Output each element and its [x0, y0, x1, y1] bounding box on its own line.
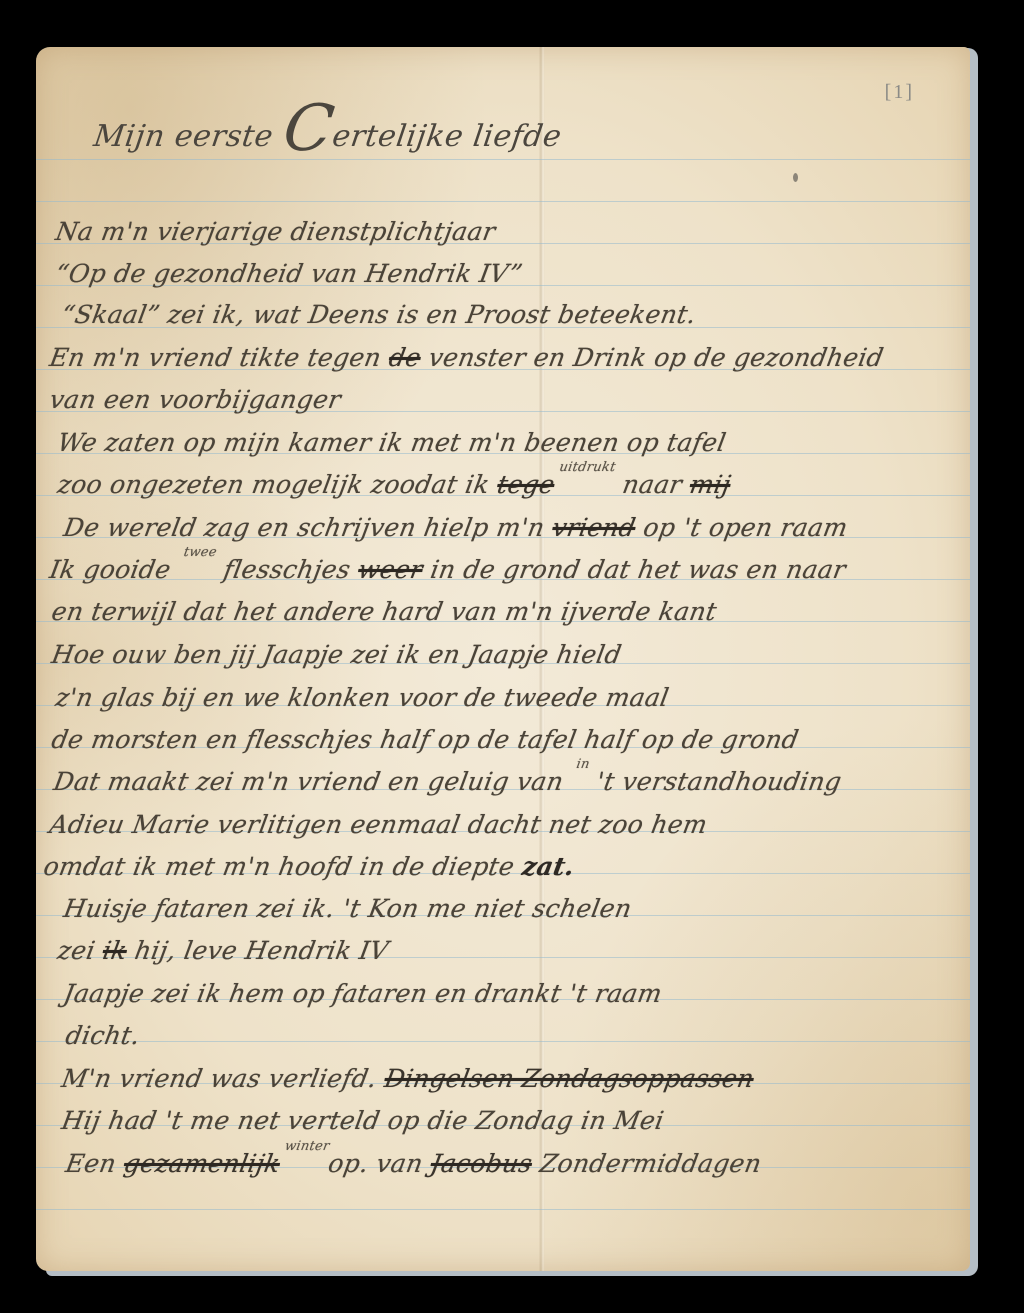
text-segment: Ik gooide	[47, 555, 181, 584]
text-segment: omdat ik met m'n hoofd in de diepte	[41, 852, 525, 881]
inserted-word: twee	[183, 545, 219, 560]
inserted-word: winter	[284, 1139, 331, 1154]
text-line: De wereld zag en schrijven hielp m'n vri…	[61, 513, 850, 542]
text-line: En m'n vriend tikte tegen de venster en …	[47, 343, 885, 372]
struck-word: Jacobus	[428, 1149, 534, 1178]
text-line: Na m'n vierjarige dienstplichtjaar	[53, 217, 497, 246]
text-line: zoo ongezeten mogelijk zoodat ik tegeuit…	[55, 470, 733, 499]
text-segment: op 't open raam	[633, 513, 850, 542]
text-line: We zaten op mijn kamer ik met m'n beenen…	[55, 428, 728, 457]
struck-word: vriend	[550, 513, 638, 542]
image-stage: [1] Mijn eerste Certelijke liefde Na m'n…	[0, 0, 1024, 1313]
text-segment: Zondermiddagen	[529, 1149, 763, 1178]
text-line: en terwijl dat het andere hard van m'n i…	[49, 597, 719, 626]
text-segment: Dat maakt zei m'n vriend en geluig van	[51, 767, 574, 796]
text-segment: zoo ongezeten mogelijk zoodat ik	[55, 470, 500, 499]
text-line: omdat ik met m'n hoofd in de diepte zat.	[41, 852, 576, 881]
text-segment: En m'n vriend tikte tegen	[47, 343, 391, 372]
text-segment: venster en Drink op de gezondheid	[418, 343, 886, 372]
text-segment: 't verstandhouding	[586, 767, 844, 796]
text-segment: zei	[55, 936, 105, 965]
text-line: M'n vriend was verliefd. Dingelsen Zonda…	[59, 1064, 756, 1093]
text-segment: in de grond dat het was en naar	[420, 555, 848, 584]
text-line: Hij had 't me net verteld op die Zondag …	[59, 1106, 666, 1135]
text-line: Adieu Marie verlitigen eenmaal dacht net…	[47, 810, 709, 839]
text-segment: Een	[63, 1149, 126, 1178]
struck-word: Dingelsen Zondagsoppassen	[382, 1064, 756, 1093]
inserted-word: in	[575, 757, 591, 772]
struck-word: weer	[356, 555, 425, 584]
text-line: van een voorbijganger	[47, 385, 343, 414]
inserted-word: uitdrukt	[558, 460, 617, 475]
text-line: Hoe ouw ben jij Jaapje zei ik en Jaapje …	[49, 640, 623, 669]
text-line: “Skaal” zei ik, wat Deens is en Proost b…	[59, 300, 698, 329]
text-line: “Op de gezondheid van Hendrik IV”	[53, 259, 524, 288]
struck-word: tege	[495, 470, 557, 499]
heavy-word: zat.	[520, 852, 577, 881]
text-segment: flesschjes	[213, 555, 361, 584]
text-line: zei ik hij, leve Hendrik IV	[55, 936, 390, 965]
text-segment: naar	[612, 470, 693, 499]
text-line: de morsten en flesschjes half op de tafe…	[49, 725, 801, 754]
text-line: Jaapje zei ik hem op fataren en drankt '…	[61, 979, 664, 1008]
struck-word: gezamenlijk	[122, 1149, 283, 1178]
text-line: Een gezamenlijkwinterop. van Jacobus Zon…	[63, 1149, 763, 1178]
text-segment: hij, leve Hendrik IV	[124, 936, 390, 965]
text-segment: M'n vriend was verliefd.	[59, 1064, 387, 1093]
text-line: Ik gooide twee flesschjes weer in de gro…	[47, 555, 848, 584]
struck-word: mij	[688, 470, 733, 499]
text-line: Dat maakt zei m'n vriend en geluig van i…	[51, 767, 843, 796]
manuscript-body: Na m'n vierjarige dienstplichtjaar “Op d…	[36, 47, 970, 1271]
text-line: z'n glas bij en we klonken voor de tweed…	[53, 683, 671, 712]
text-line: Huisje fataren zei ik. 't Kon me niet sc…	[61, 894, 634, 923]
text-line: dicht.	[63, 1021, 142, 1050]
manuscript-page: [1] Mijn eerste Certelijke liefde Na m'n…	[36, 47, 970, 1271]
text-segment: op. van	[326, 1149, 434, 1178]
text-segment: De wereld zag en schrijven hielp m'n	[61, 513, 555, 542]
